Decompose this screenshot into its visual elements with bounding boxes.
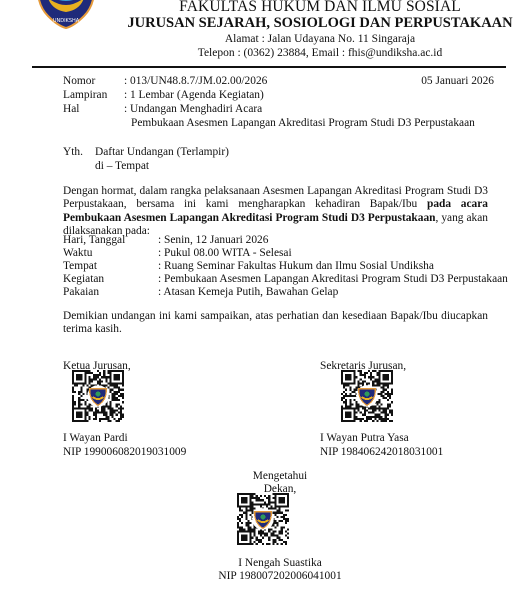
meta-value-hal: : Undangan Menghadiri Acara [124, 103, 262, 117]
qr-code-signature-icon [72, 370, 124, 422]
svg-text:UNDIKSHA: UNDIKSHA [53, 18, 80, 24]
signer-left-nip: NIP 199006082019031009 [63, 446, 186, 460]
recipient-place: di – Tempat [95, 160, 149, 174]
meta-value-lampiran: : 1 Lembar (Agenda Kegiatan) [124, 89, 264, 103]
meta-value-nomor: : 013/UN48.8.7/JM.02.00/2026 [124, 75, 267, 89]
event-value-place: : Ruang Seminar Fakultas Hukum dan Ilmu … [158, 260, 434, 274]
meta-value-hal-continued: Pembukaan Asesmen Lapangan Akreditasi Pr… [131, 117, 475, 131]
qr-code-signature-icon [237, 493, 289, 545]
event-label-date: Hari, Tanggal [63, 234, 125, 248]
signer-right-nip: NIP 198406242018031001 [320, 446, 443, 460]
event-label-activity: Kegiatan [63, 273, 104, 287]
signer-center-nip: NIP 198007202006041001 [200, 570, 360, 584]
signer-right-name: I Wayan Putra Yasa [320, 432, 409, 446]
letterhead-divider [32, 66, 506, 68]
event-label-time: Waktu [63, 247, 92, 261]
recipient-prefix: Yth. [63, 146, 83, 160]
signer-center-title1: Mengetahui [200, 470, 360, 484]
address: Alamat : Jalan Udayana No. 11 Singaraja [110, 33, 530, 45]
signer-center-name: I Nengah Suastika [200, 557, 360, 571]
closing-paragraph: Demikian undangan ini kami sampaikan, at… [63, 310, 488, 337]
faculty-name: FAKULTAS HUKUM DAN ILMU SOSIAL [110, 0, 530, 16]
event-label-attire: Pakaian [63, 286, 99, 300]
meta-label-hal: Hal [63, 103, 79, 117]
recipient-name: Daftar Undangan (Terlampir) [95, 146, 229, 160]
meta-label-nomor: Nomor [63, 75, 95, 89]
event-value-time: : Pukul 08.00 WITA - Selesai [158, 247, 292, 261]
university-logo-icon: UNDIKSHA [34, 0, 98, 30]
department-name: JURUSAN SEJARAH, SOSIOLOGI DAN PERPUSTAK… [110, 15, 530, 32]
meta-label-lampiran: Lampiran [63, 89, 107, 103]
body-paragraph: Dengan hormat, dalam rangka pelaksanaan … [63, 185, 488, 239]
event-label-place: Tempat [63, 260, 97, 274]
event-value-activity: : Pembukaan Asesmen Lapangan Akreditasi … [158, 273, 508, 287]
event-value-date: : Senin, 12 Januari 2026 [158, 234, 268, 248]
letter-date: 05 Januari 2026 [421, 75, 494, 89]
contact-info: Telepon : (0362) 23884, Email : fhis@und… [110, 47, 530, 59]
event-value-attire: : Atasan Kemeja Putih, Bawahan Gelap [158, 286, 338, 300]
qr-code-signature-icon [341, 370, 393, 422]
signer-left-name: I Wayan Pardi [63, 432, 128, 446]
